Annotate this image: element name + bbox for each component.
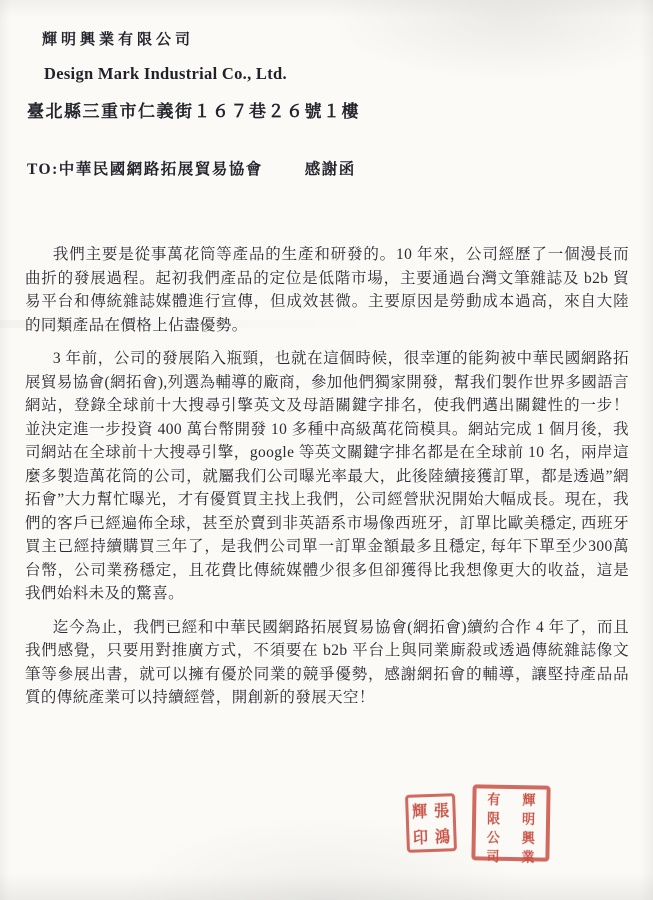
- paragraph-1: 我們主要是從事萬花筒等產品的生產和研發的。10 年來，公司經歷了一個漫長而曲折的…: [25, 243, 629, 337]
- personal-seal-char: 鴻: [435, 824, 451, 847]
- personal-seal-char: 輝: [412, 799, 428, 822]
- company-seal-stamp: 輝 明 興 業 有 限 公 司: [471, 784, 550, 861]
- scanned-letter-page: 輝明興業有限公司 Design Mark Industrial Co., Ltd…: [0, 0, 653, 900]
- paragraph-2: 3 年前，公司的發展陷入瓶頸，也就在這個時候，很幸運的能夠被中華民國網路拓展貿易…: [25, 347, 629, 606]
- company-seal-char: 司: [486, 845, 499, 865]
- company-seal-char: 限: [487, 807, 500, 827]
- recipient-name: 中華民國網路拓展貿易協會: [59, 161, 263, 178]
- company-seal-char: 業: [521, 846, 534, 866]
- personal-seal-stamp: 張 鴻 輝 印: [405, 793, 457, 853]
- company-seal-char: 有: [487, 788, 500, 808]
- company-seal-char: 興: [522, 827, 535, 847]
- company-name-chinese: 輝明興業有限公司: [42, 28, 194, 49]
- paragraph-3: 迄今為止，我們已經和中華民國網路拓展貿易協會(網拓會)續約合作 4 年了，而且我…: [25, 616, 629, 710]
- company-seal-char: 明: [522, 808, 535, 828]
- company-name-english: Design Mark Industrial Co., Ltd.: [44, 64, 287, 84]
- letter-subject: 感謝函: [305, 161, 356, 178]
- personal-seal-char: 張: [434, 798, 450, 821]
- company-seal-char: 公: [487, 826, 500, 846]
- company-address: 臺北縣三重市仁義街１６７巷２６號１樓: [27, 97, 360, 122]
- personal-seal-char: 印: [413, 825, 429, 848]
- letter-body: 我們主要是從事萬花筒等產品的生產和研發的。10 年來，公司經歷了一個漫長而曲折的…: [25, 243, 629, 720]
- company-seal-char: 輝: [522, 789, 535, 809]
- to-label: TO:: [27, 161, 59, 178]
- recipient-line: TO:中華民國網路拓展貿易協會感謝函: [27, 157, 356, 179]
